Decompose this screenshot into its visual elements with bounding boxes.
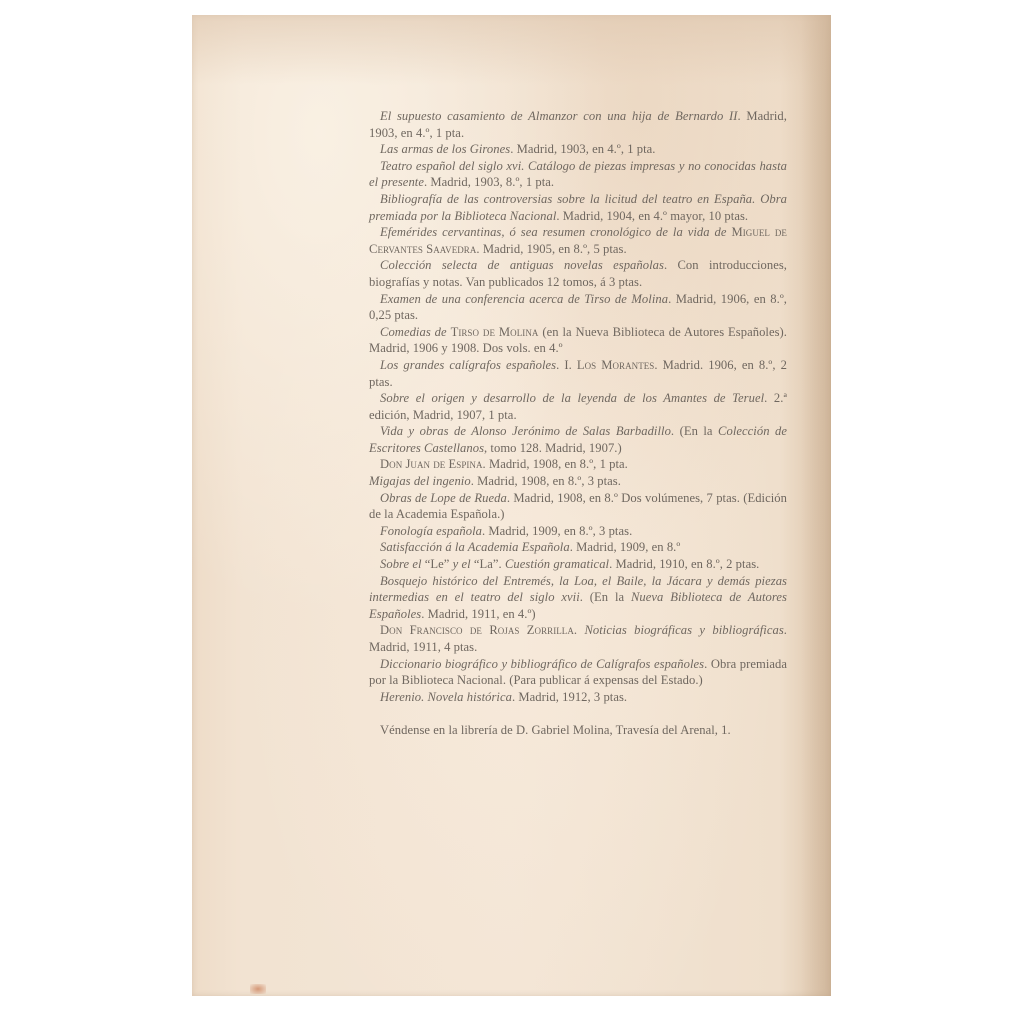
publication-entry: Efemérides cervantinas, ó sea resumen cr… bbox=[369, 224, 787, 257]
publication-entry: Fonología española. Madrid, 1909, en 8.º… bbox=[369, 523, 787, 540]
publication-details: . bbox=[574, 623, 585, 637]
title-text: Los grandes calígrafos españoles bbox=[380, 358, 556, 372]
publication-entry: Sobre el origen y desarrollo de la leyen… bbox=[369, 390, 787, 423]
publication-details: . (En la bbox=[580, 590, 631, 604]
publication-details: . Madrid, 1909, en 8.º, 3 ptas. bbox=[482, 524, 632, 538]
publication-entry: Bibliografía de las controversias sobre … bbox=[369, 191, 787, 224]
publication-list: El supuesto casamiento de Almanzor con u… bbox=[369, 108, 787, 739]
title-text: Noticias biográficas y bibliográficas bbox=[584, 623, 783, 637]
publication-entry: Colección selecta de antiguas novelas es… bbox=[369, 257, 787, 290]
publication-entry: Satisfacción á la Academia Española. Mad… bbox=[369, 539, 787, 556]
publication-details: “Le” bbox=[425, 557, 450, 571]
publication-details: . Madrid, 1904, en 4.º mayor, 10 ptas. bbox=[556, 209, 748, 223]
title-text: Sobre el origen y desarrollo de la leyen… bbox=[380, 391, 764, 405]
publication-entry: Los grandes calígrafos españoles. I. Los… bbox=[369, 357, 787, 390]
title-text: Vida y obras de Alonso Jerónimo de Salas… bbox=[380, 424, 671, 438]
title-text: Comedias de bbox=[380, 325, 451, 339]
publication-entry: Bosquejo histórico del Entremés, la Loa,… bbox=[369, 573, 787, 623]
publication-details: . (En la bbox=[671, 424, 718, 438]
publication-details: . Madrid, 1903, 8.º, 1 pta. bbox=[424, 175, 554, 189]
title-text: Sobre el bbox=[380, 557, 425, 571]
author-name: Los Morantes bbox=[577, 358, 655, 372]
publication-details: . Madrid, 1905, en 8.º, 5 ptas. bbox=[476, 242, 626, 256]
title-text: El supuesto casamiento de Almanzor con u… bbox=[380, 109, 738, 123]
publication-entry: Don Francisco de Rojas Zorrilla. Noticia… bbox=[369, 622, 787, 655]
entries-container: El supuesto casamiento de Almanzor con u… bbox=[369, 108, 787, 705]
publication-entry: Las armas de los Girones. Madrid, 1903, … bbox=[369, 141, 787, 158]
publication-entry: Examen de una conferencia acerca de Tirs… bbox=[369, 291, 787, 324]
publication-details: . Madrid, 1909, en 8.º bbox=[570, 540, 681, 554]
title-text: Satisfacción á la Academia Española bbox=[380, 540, 570, 554]
title-text: Examen de una conferencia acerca de Tirs… bbox=[380, 292, 668, 306]
publication-entry: Don Juan de Espina. Madrid, 1908, en 8.º… bbox=[369, 456, 787, 473]
publication-details: . Madrid, 1908, en 8.º, 3 ptas. bbox=[471, 474, 621, 488]
publication-entry: Sobre el “Le” y el “La”. Cuestión gramat… bbox=[369, 556, 787, 573]
publication-entry: Herenio. Novela histórica. Madrid, 1912,… bbox=[369, 689, 787, 706]
publication-entry: Diccionario biográfico y bibliográfico d… bbox=[369, 656, 787, 689]
title-text: Migajas del ingenio bbox=[369, 474, 471, 488]
publication-details: . Madrid, 1910, en 8.º, 2 ptas. bbox=[609, 557, 759, 571]
publication-entry: Vida y obras de Alonso Jerónimo de Salas… bbox=[369, 423, 787, 456]
bookseller-note: Véndense en la librería de D. Gabriel Mo… bbox=[369, 722, 787, 739]
publication-details: . Madrid, 1908, en 8.º, 1 pta. bbox=[483, 457, 628, 471]
title-text: y el bbox=[449, 557, 473, 571]
publication-entry: Comedias de Tirso de Molina (en la Nueva… bbox=[369, 324, 787, 357]
author-name: Don Juan de Espina bbox=[380, 457, 483, 471]
publication-details: . I. bbox=[556, 358, 577, 372]
title-text: Cuestión gramatical bbox=[505, 557, 609, 571]
author-name: Tirso de Molina bbox=[451, 325, 539, 339]
publication-entry: Migajas del ingenio. Madrid, 1908, en 8.… bbox=[369, 473, 787, 490]
publication-details: “La” bbox=[474, 557, 499, 571]
title-text: Obras de Lope de Rueda bbox=[380, 491, 507, 505]
publication-details: , tomo 128. Madrid, 1907.) bbox=[484, 441, 622, 455]
publication-details: . Madrid, 1911, en 4.º) bbox=[421, 607, 535, 621]
publication-details: . Madrid, 1912, 3 ptas. bbox=[512, 690, 627, 704]
title-text: Colección selecta de antiguas novelas es… bbox=[380, 258, 664, 272]
author-name: Don Francisco de Rojas Zorrilla bbox=[380, 623, 574, 637]
title-text: Fonología española bbox=[380, 524, 482, 538]
publication-details: . Madrid, 1903, en 4.º, 1 pta. bbox=[510, 142, 655, 156]
paper-stain bbox=[250, 984, 266, 994]
title-text: Diccionario biográfico y bibliográfico d… bbox=[380, 657, 704, 671]
publication-entry: Teatro español del siglo xvi. Catálogo d… bbox=[369, 158, 787, 191]
title-text: Las armas de los Girones bbox=[380, 142, 510, 156]
publication-entry: Obras de Lope de Rueda. Madrid, 1908, en… bbox=[369, 490, 787, 523]
title-text: Herenio. Novela histórica bbox=[380, 690, 512, 704]
title-text: Efemérides cervantinas, ó sea resumen cr… bbox=[380, 225, 731, 239]
publication-entry: El supuesto casamiento de Almanzor con u… bbox=[369, 108, 787, 141]
